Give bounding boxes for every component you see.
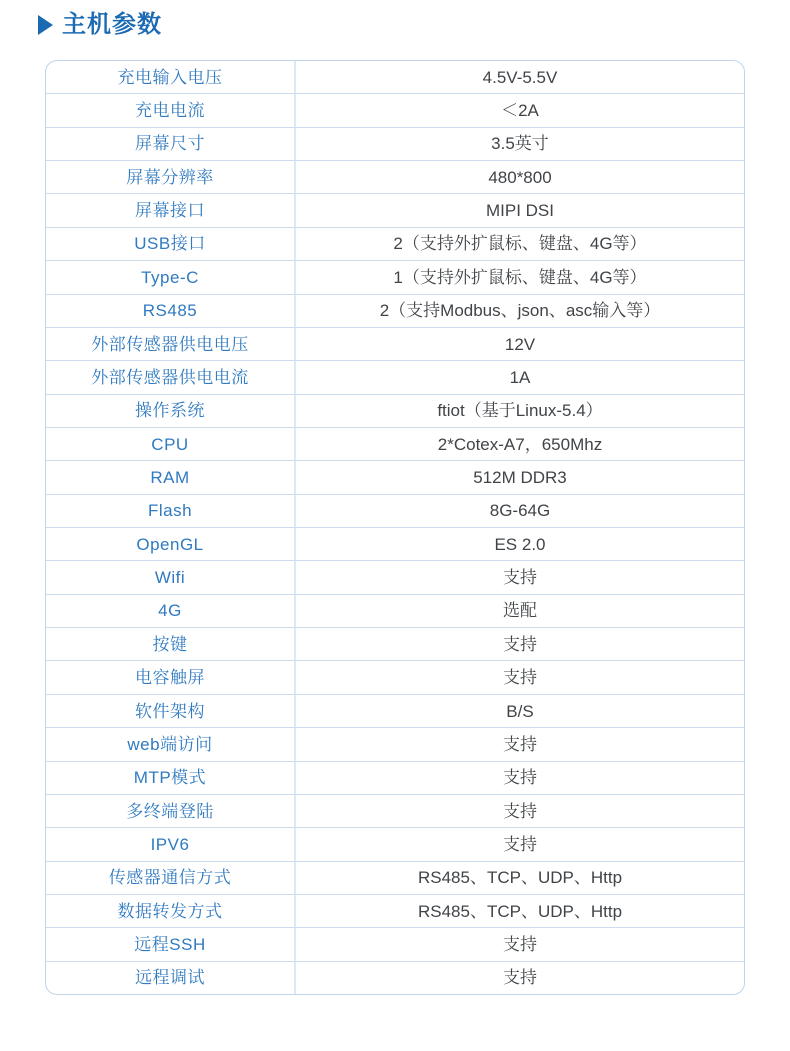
spec-table: 充电输入电压 4.5V-5.5V 充电电流 ＜2A 屏幕尺寸 3.5英寸 屏幕分… [45, 60, 745, 995]
param-value: 1A [296, 361, 744, 393]
table-row: USB接口 2（支持外扩鼠标、键盘、4G等） [46, 228, 744, 261]
param-value: 支持 [296, 561, 744, 593]
param-value: 支持 [296, 661, 744, 693]
param-label: Wifi [46, 561, 296, 593]
param-label: 充电输入电压 [46, 61, 296, 93]
param-value: 12V [296, 328, 744, 360]
param-label: 远程调试 [46, 962, 296, 994]
param-value: 选配 [296, 595, 744, 627]
table-row: RS485 2（支持Modbus、json、asc输入等） [46, 295, 744, 328]
param-value: ES 2.0 [296, 528, 744, 560]
param-label: 多终端登陆 [46, 795, 296, 827]
param-label: 屏幕接口 [46, 194, 296, 226]
param-label: 屏幕分辨率 [46, 161, 296, 193]
table-row: 远程调试 支持 [46, 962, 744, 994]
param-value: B/S [296, 695, 744, 727]
table-row: Flash 8G-64G [46, 495, 744, 528]
table-row: RAM 512M DDR3 [46, 461, 744, 494]
param-value: 支持 [296, 795, 744, 827]
param-label: 操作系统 [46, 395, 296, 427]
param-value: MIPI DSI [296, 194, 744, 226]
param-label: Type-C [46, 261, 296, 293]
table-row: 软件架构 B/S [46, 695, 744, 728]
table-row: web端访问 支持 [46, 728, 744, 761]
section-header: 主机参数 [38, 11, 162, 39]
table-row: 操作系统 ftiot（基于Linux-5.4） [46, 395, 744, 428]
param-value: RS485、TCP、UDP、Http [296, 862, 744, 894]
param-label: OpenGL [46, 528, 296, 560]
param-value: ＜2A [296, 94, 744, 126]
param-label: CPU [46, 428, 296, 460]
table-row: 传感器通信方式 RS485、TCP、UDP、Http [46, 862, 744, 895]
param-label: 数据转发方式 [46, 895, 296, 927]
param-label: 4G [46, 595, 296, 627]
param-value: 4.5V-5.5V [296, 61, 744, 93]
param-value: 支持 [296, 928, 744, 960]
table-row: OpenGL ES 2.0 [46, 528, 744, 561]
param-value: 2*Cotex-A7，650Mhz [296, 428, 744, 460]
page-title: 主机参数 [62, 11, 162, 39]
param-value: 支持 [296, 828, 744, 860]
table-row: 远程SSH 支持 [46, 928, 744, 961]
table-row: 电容触屏 支持 [46, 661, 744, 694]
table-row: IPV6 支持 [46, 828, 744, 861]
table-row: 屏幕接口 MIPI DSI [46, 194, 744, 227]
table-row: MTP模式 支持 [46, 762, 744, 795]
param-label: Flash [46, 495, 296, 527]
param-value: 3.5英寸 [296, 128, 744, 160]
table-row: 屏幕分辨率 480*800 [46, 161, 744, 194]
param-label: RS485 [46, 295, 296, 327]
param-label: web端访问 [46, 728, 296, 760]
param-value: 480*800 [296, 161, 744, 193]
param-label: 屏幕尺寸 [46, 128, 296, 160]
param-label: 电容触屏 [46, 661, 296, 693]
param-label: 外部传感器供电电压 [46, 328, 296, 360]
param-label: 软件架构 [46, 695, 296, 727]
param-value: RS485、TCP、UDP、Http [296, 895, 744, 927]
param-value: 2（支持Modbus、json、asc输入等） [296, 295, 744, 327]
table-row: 外部传感器供电电压 12V [46, 328, 744, 361]
param-value: 8G-64G [296, 495, 744, 527]
param-label: 传感器通信方式 [46, 862, 296, 894]
param-value: 支持 [296, 762, 744, 794]
param-label: USB接口 [46, 228, 296, 260]
table-row: 按键 支持 [46, 628, 744, 661]
param-label: MTP模式 [46, 762, 296, 794]
param-value: 支持 [296, 628, 744, 660]
param-label: 外部传感器供电电流 [46, 361, 296, 393]
param-value: 512M DDR3 [296, 461, 744, 493]
table-row: 多终端登陆 支持 [46, 795, 744, 828]
param-value: 1（支持外扩鼠标、键盘、4G等） [296, 261, 744, 293]
table-row: 充电输入电压 4.5V-5.5V [46, 61, 744, 94]
table-row: 屏幕尺寸 3.5英寸 [46, 128, 744, 161]
table-row: Wifi 支持 [46, 561, 744, 594]
param-label: RAM [46, 461, 296, 493]
param-value: 2（支持外扩鼠标、键盘、4G等） [296, 228, 744, 260]
table-row: CPU 2*Cotex-A7，650Mhz [46, 428, 744, 461]
param-value: 支持 [296, 728, 744, 760]
param-value: ftiot（基于Linux-5.4） [296, 395, 744, 427]
param-label: 按键 [46, 628, 296, 660]
param-label: 充电电流 [46, 94, 296, 126]
table-row: 4G 选配 [46, 595, 744, 628]
param-label: IPV6 [46, 828, 296, 860]
table-row: Type-C 1（支持外扩鼠标、键盘、4G等） [46, 261, 744, 294]
table-row: 数据转发方式 RS485、TCP、UDP、Http [46, 895, 744, 928]
param-label: 远程SSH [46, 928, 296, 960]
table-row: 外部传感器供电电流 1A [46, 361, 744, 394]
param-value: 支持 [296, 962, 744, 994]
table-row: 充电电流 ＜2A [46, 94, 744, 127]
triangle-right-icon [38, 15, 53, 35]
